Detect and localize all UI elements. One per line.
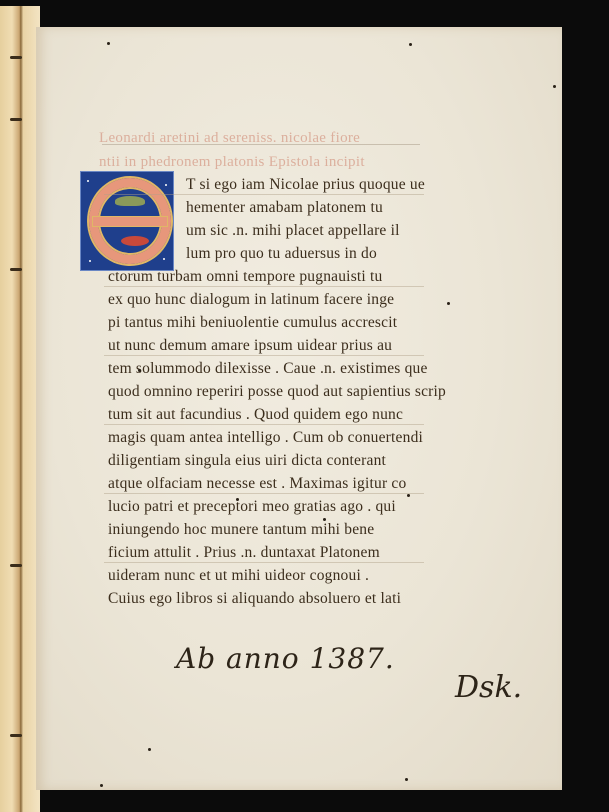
initial-foliage-green	[115, 196, 145, 206]
prick-mark	[107, 42, 110, 45]
text-line: tum sit aut facundius . Quod quidem ego …	[108, 406, 428, 424]
initial-white-dot	[89, 260, 91, 262]
rubric-line-2: ntii in phedronem platonis Epistola inci…	[99, 154, 429, 171]
prick-mark	[236, 498, 239, 501]
text-line: tem solummodo dilexisse . Caue .n. exist…	[108, 360, 428, 378]
prick-mark	[100, 784, 103, 787]
text-line: um sic .n. mihi placet appellare il	[186, 222, 506, 240]
prick-mark	[405, 778, 408, 781]
initial-letter-crossbar	[93, 217, 167, 226]
illuminated-initial-e	[80, 171, 174, 271]
text-line: ex quo hunc dialogum in latinum facere i…	[108, 291, 428, 309]
text-line: diligentiam singula eius uiri dicta cont…	[108, 452, 428, 470]
prick-mark	[148, 748, 151, 751]
prick-mark	[407, 494, 410, 497]
ruling-line	[104, 562, 424, 563]
prick-mark	[447, 302, 450, 305]
text-line: iniungendo hoc munere tantum mihi bene	[108, 521, 428, 539]
binding-stitch	[10, 56, 22, 59]
prick-mark	[409, 43, 412, 46]
initial-foliage-red	[121, 236, 149, 246]
binding-stitch	[10, 268, 22, 271]
text-line: lum pro quo tu aduersus in do	[186, 245, 506, 263]
text-line: lucio patri et preceptori meo gratias ag…	[108, 498, 428, 516]
prick-mark	[138, 369, 141, 372]
prick-mark	[323, 518, 326, 521]
text-line: quod omnino reperiri posse quod aut sapi…	[108, 383, 428, 401]
ruling-line	[104, 194, 424, 195]
text-line: magis quam antea intelligo . Cum ob conu…	[108, 429, 428, 447]
text-line: pi tantus mihi beniuolentie cumulus accr…	[108, 314, 428, 332]
signature-mark: Dsk.	[455, 670, 522, 705]
binding-stitch	[10, 118, 22, 121]
initial-white-dot	[165, 184, 167, 186]
text-line: ut nunc demum amare ipsum uidear prius a…	[108, 337, 428, 355]
text-line: T si ego iam Nicolae prius quoque ue	[186, 176, 506, 194]
text-line: uideram nunc et ut mihi uideor cognoui .	[108, 567, 428, 585]
ruling-line	[104, 424, 424, 425]
ruling-line	[104, 286, 424, 287]
book-binding-edge	[0, 6, 40, 812]
binding-stitch	[10, 564, 22, 567]
rubric-line-1: Leonardi aretini ad sereniss. nicolae fi…	[99, 130, 429, 147]
text-line: ctorum turbam omni tempore pugnauisti tu	[108, 268, 428, 286]
ruling-line	[104, 355, 424, 356]
text-line: Cuius ego libros si aliquando absoluero …	[108, 590, 428, 608]
text-line: atque olfaciam necesse est . Maximas igi…	[108, 475, 428, 493]
text-line: hementer amabam platonem tu	[186, 199, 506, 217]
text-line: ficium attulit . Prius .n. duntaxat Plat…	[108, 544, 428, 562]
later-annotation-year: Ab anno 1387.	[176, 642, 395, 675]
initial-white-dot	[87, 180, 89, 182]
initial-white-dot	[163, 258, 165, 260]
binding-stitch	[10, 734, 22, 737]
prick-mark	[553, 85, 556, 88]
ruling-line	[104, 493, 424, 494]
